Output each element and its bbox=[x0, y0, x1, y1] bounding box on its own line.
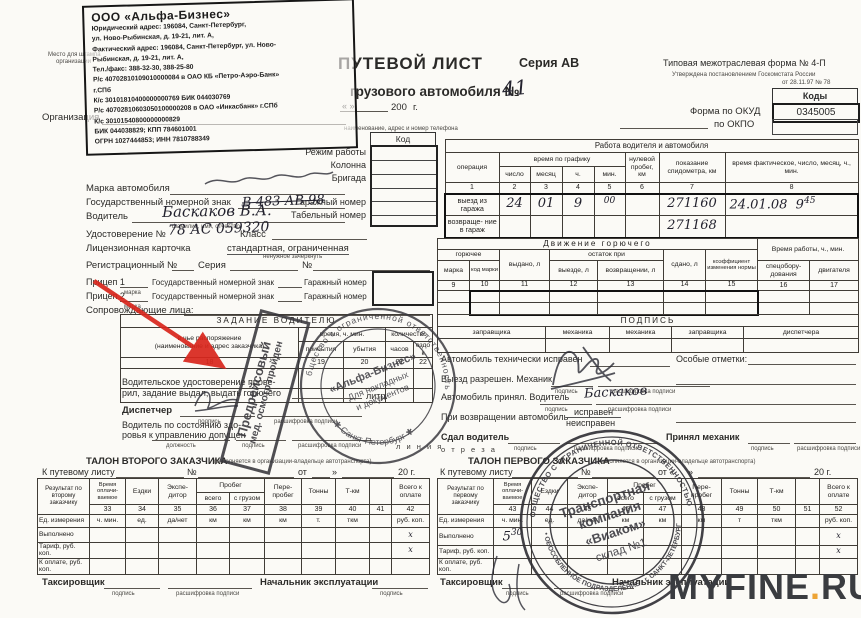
form-approved2: от 28.11.97 № 78 bbox=[782, 79, 830, 86]
col-num: 6 bbox=[625, 183, 659, 194]
okpo-empty-cell bbox=[772, 119, 858, 135]
cell bbox=[126, 558, 159, 574]
health-line1: Водитель по состоянию здо- bbox=[122, 420, 241, 430]
cell bbox=[664, 303, 706, 315]
accepted-signature-name: Баскаков bbox=[584, 383, 648, 401]
talon1-col51 bbox=[796, 479, 820, 505]
talon2-col41 bbox=[370, 479, 392, 505]
work-table: Работа водителя и автомобиля операция вр… bbox=[444, 139, 859, 239]
cell bbox=[265, 528, 302, 543]
unit-cell: км bbox=[197, 515, 230, 528]
cell bbox=[370, 543, 392, 559]
podpis-title: ПОДПИСЬ bbox=[438, 315, 859, 327]
col-num: 49 bbox=[722, 505, 758, 515]
talon2-ot-label: от bbox=[298, 467, 307, 477]
cell bbox=[530, 216, 562, 238]
year-prefix: 200 bbox=[391, 102, 407, 113]
cell bbox=[336, 528, 370, 543]
cell bbox=[744, 339, 859, 353]
cell bbox=[126, 528, 159, 543]
col-num: 51 bbox=[796, 505, 820, 515]
hw-odometer-out: 271160 bbox=[659, 194, 725, 216]
tab-number-label: Табельный номер bbox=[276, 210, 366, 220]
cell bbox=[598, 291, 664, 303]
talon2-row-tariff: Тариф, руб. коп. bbox=[38, 543, 90, 559]
cell bbox=[265, 558, 302, 574]
trailer-garage-box bbox=[372, 271, 434, 306]
col-num: 4 bbox=[562, 183, 594, 194]
unit-cell bbox=[370, 515, 392, 528]
trailer2-plate-label: Государственный номерной знак bbox=[152, 292, 274, 301]
talon1-pay-col: Всего к оплате bbox=[820, 479, 858, 505]
decode-note: расшифровка подписи bbox=[797, 446, 860, 452]
hw-fact-time: 24.01.08 945 bbox=[725, 194, 858, 216]
cell bbox=[159, 558, 197, 574]
x-mark: х bbox=[392, 528, 430, 543]
license-card-label: Лицензионная карточка bbox=[86, 243, 191, 254]
unit-cell: ч. мин. bbox=[90, 515, 126, 528]
podpis-col: механика bbox=[546, 327, 610, 339]
cell bbox=[197, 558, 230, 574]
cell bbox=[672, 339, 744, 353]
col-num: 3 bbox=[530, 183, 562, 194]
fuel-title: Движение горючего bbox=[438, 239, 758, 250]
signatures-table: ПОДПИСЬ заправщика механика механика зап… bbox=[437, 314, 859, 353]
col-num: 36 bbox=[197, 505, 230, 515]
talon2-result-col: Результат по второму заказчику bbox=[38, 479, 90, 515]
task-col-customer-l1: в чье распоряжение bbox=[178, 335, 242, 342]
cell bbox=[706, 303, 758, 315]
cell bbox=[336, 543, 370, 559]
cell bbox=[370, 558, 392, 574]
col-num: 2 bbox=[499, 183, 530, 194]
cell bbox=[758, 545, 796, 558]
cell bbox=[197, 528, 230, 543]
cell bbox=[546, 339, 610, 353]
talon2-time-col: Время оплачи- ваемое bbox=[90, 479, 126, 505]
talon2-pay-col: Всего к оплате bbox=[392, 479, 430, 505]
watermark-part1: MYFINE bbox=[668, 566, 810, 607]
work-title: Работа водителя и автомобиля bbox=[445, 140, 858, 153]
talon2-tkm-col: Т-км bbox=[336, 479, 370, 505]
company-corner-stamp: ООО «Альфа-Бизнес» Юридический адрес: 19… bbox=[82, 0, 358, 156]
svg-text:✱ Санкт-Петербург ✱: ✱ Санкт-Петербург ✱ bbox=[329, 418, 416, 451]
cell bbox=[758, 528, 796, 546]
unit-cell: ед. bbox=[126, 515, 159, 528]
code-box bbox=[370, 145, 438, 227]
cell bbox=[706, 291, 758, 303]
col-num: 8 bbox=[725, 183, 858, 194]
cell bbox=[758, 303, 810, 315]
work-col-sched: время по графику bbox=[499, 153, 625, 167]
sign-note: подпись bbox=[751, 446, 774, 452]
talon2-rides-col: Ездки bbox=[126, 479, 159, 505]
cell bbox=[796, 528, 820, 546]
trailer1-garage-label: Гаражный номер bbox=[304, 278, 367, 287]
col-num: 41 bbox=[370, 505, 392, 515]
special-notes-label: Особые отметки: bbox=[676, 354, 747, 364]
cell bbox=[810, 303, 859, 315]
sign-note: подпись bbox=[112, 591, 135, 597]
talon2-no-label: № bbox=[187, 467, 197, 477]
cell bbox=[302, 528, 336, 543]
work-row-return-label: возвраще- ние в гараж bbox=[445, 216, 499, 238]
ok-word: исправен bbox=[566, 407, 621, 418]
cell bbox=[126, 543, 159, 559]
cell bbox=[500, 291, 550, 303]
cell bbox=[230, 543, 265, 559]
cell bbox=[598, 303, 664, 315]
talon1-to-list-label: К путевому листу bbox=[440, 467, 513, 477]
talon1-units-label: Ед. измерения bbox=[438, 515, 494, 528]
fuel-col-rest: остаток при bbox=[550, 250, 664, 261]
cell bbox=[265, 543, 302, 559]
cell bbox=[90, 543, 126, 559]
hw-day: 24 bbox=[499, 194, 530, 216]
talon2-taximeter-label: Таксировщик bbox=[42, 577, 105, 588]
site-watermark: MYFINE.RU bbox=[668, 566, 861, 608]
col-num: 16 bbox=[758, 281, 810, 291]
podpis-col: диспетчера bbox=[744, 327, 859, 339]
cell bbox=[90, 558, 126, 574]
cell bbox=[230, 558, 265, 574]
waybill-number-handwritten: 41 bbox=[501, 75, 529, 102]
task-col-customer-l2: (наименование и адрес заказчика) bbox=[155, 343, 265, 350]
talon1-taximeter-label: Таксировщик bbox=[440, 577, 503, 588]
cell bbox=[725, 216, 858, 238]
x-mark: х bbox=[392, 543, 430, 559]
col-num: 11 bbox=[500, 281, 550, 291]
trailer1-plate-label: Государственный номерной знак bbox=[152, 278, 274, 287]
talon2-chief-label: Начальник эксплуатации bbox=[260, 577, 378, 588]
column-label: Колонна bbox=[286, 160, 366, 170]
talon2-run-total: всего bbox=[197, 493, 230, 505]
okud-label: Форма по ОКУД bbox=[690, 106, 760, 117]
driver-label: Водитель bbox=[86, 211, 128, 222]
talon2-row-done: Выполнено bbox=[38, 528, 90, 543]
waybill-scan-page: ООО «Альфа-Бизнес» Юридический адрес: 19… bbox=[0, 0, 861, 618]
col-num: 13 bbox=[598, 281, 664, 291]
position-note: должность bbox=[166, 443, 196, 449]
cell bbox=[470, 291, 500, 303]
year-suffix: г. bbox=[413, 102, 418, 113]
cell bbox=[550, 291, 598, 303]
unit-cell: т bbox=[722, 515, 758, 528]
brigade-label: Бригада bbox=[286, 173, 366, 183]
cell bbox=[550, 303, 598, 315]
work-col-day: число bbox=[499, 167, 530, 183]
unit-cell: ткм bbox=[336, 515, 370, 528]
work-row-depart-label: выезд из гаража bbox=[445, 194, 499, 216]
cell bbox=[302, 543, 336, 559]
talon1-row-topay: К оплате, руб. коп. bbox=[438, 558, 494, 574]
cell bbox=[230, 528, 265, 543]
fuel-col-issued: выдано, л bbox=[500, 250, 550, 281]
cell bbox=[810, 291, 859, 303]
fuel-col-fuel: горючее bbox=[438, 250, 500, 261]
talon1-result-col: Результат по первому заказчику bbox=[438, 479, 494, 515]
work-col-odometer: показание спидометра, км bbox=[659, 153, 725, 183]
col-num: 9 bbox=[438, 281, 470, 291]
form-type: Типовая межотраслевая форма № 4-П bbox=[663, 58, 826, 68]
dispatcher-label: Диспетчер bbox=[122, 405, 172, 416]
col-num: 37 bbox=[230, 505, 265, 515]
talon2-units-label: Ед. измерения bbox=[38, 515, 90, 528]
fuel-col-coef: коэффициент изменения нормы bbox=[706, 250, 758, 281]
okpo-label: по ОКПО bbox=[714, 119, 754, 130]
unit-cell: да/нет bbox=[159, 515, 197, 528]
col-num: 35 bbox=[159, 505, 197, 515]
hw-fact-hour: 9 bbox=[796, 198, 804, 213]
col-num: 33 bbox=[90, 505, 126, 515]
license-label: Удостоверение № bbox=[86, 229, 166, 240]
fuel-col-equip: спецобору- дования bbox=[758, 261, 810, 281]
talon2-title: ТАЛОН ВТОРОГО ЗАКАЗЧИКА bbox=[86, 456, 227, 467]
trailer1-brand-note: марка bbox=[124, 290, 141, 296]
hw-fact-date: 24.01.08 bbox=[730, 198, 788, 213]
talon2-exp-col: Экспе- дитор bbox=[159, 479, 197, 505]
fuel-col-out: выезде, л bbox=[550, 261, 598, 281]
x-mark: х bbox=[820, 528, 858, 546]
work-col-min: мин. bbox=[594, 167, 625, 183]
vehicle-accepted-label: Автомобиль принял. Водитель bbox=[441, 392, 569, 402]
cell bbox=[625, 194, 659, 216]
col-num: 38 bbox=[265, 505, 302, 515]
fuel-col-brand-code: код марки bbox=[470, 261, 500, 281]
cell bbox=[562, 216, 594, 238]
cell bbox=[470, 303, 500, 315]
cell bbox=[370, 528, 392, 543]
trailer2-label: Прицеп 2 bbox=[86, 291, 125, 301]
hw-minute: 00 bbox=[594, 194, 625, 216]
class-label: Класс bbox=[240, 229, 266, 240]
col-num: 7 bbox=[659, 183, 725, 194]
driver-name-handwritten: Баскаков В.А. bbox=[162, 201, 272, 221]
watermark-part2: RU bbox=[821, 566, 861, 607]
col-num: 15 bbox=[706, 281, 758, 291]
doc-subtitle: грузового автомобиля № bbox=[350, 84, 520, 99]
col-num: 34 bbox=[126, 505, 159, 515]
work-col-month: месяц bbox=[530, 167, 562, 183]
on-return-label: При возвращении автомобиль bbox=[441, 412, 568, 422]
hw-done: 5 bbox=[503, 529, 511, 544]
talon2-tons-col: Тонны bbox=[302, 479, 336, 505]
cell bbox=[499, 216, 530, 238]
round-stamp-alfa-biznes: Общество с ограниченной ответственностью… bbox=[289, 297, 467, 475]
hw-minute-sup: 00 bbox=[604, 196, 616, 206]
cell bbox=[159, 543, 197, 559]
unit-cell: руб. коп. bbox=[820, 515, 858, 528]
col-num: 10 bbox=[470, 281, 500, 291]
unit-cell: км bbox=[265, 515, 302, 528]
talon2-run-col: Пробег bbox=[197, 479, 265, 493]
unit-cell: км bbox=[230, 515, 265, 528]
cell bbox=[610, 339, 672, 353]
talon1-tons-col: Тонны bbox=[722, 479, 758, 505]
talon2-quote: » bbox=[332, 467, 337, 477]
cell bbox=[336, 558, 370, 574]
fuel-col-worktime: Время работы, ч., мин. bbox=[758, 239, 859, 261]
col-num: 50 bbox=[758, 505, 796, 515]
form-approved1: Утверждена постановлением Госкомстата Ро… bbox=[672, 71, 816, 78]
cell bbox=[722, 545, 758, 558]
cell bbox=[197, 543, 230, 559]
cell bbox=[159, 528, 197, 543]
cell bbox=[438, 291, 470, 303]
cell bbox=[722, 528, 758, 546]
talon2-over-col: Пере- пробег bbox=[265, 479, 302, 505]
doc-title: ПУТЕВОЙ ЛИСТ bbox=[338, 54, 483, 74]
unit-cell: т. bbox=[302, 515, 336, 528]
col-num: 1 bbox=[445, 183, 499, 194]
col-num: 17 bbox=[810, 281, 859, 291]
fuel-table: Движение горючего Время работы, ч., мин.… bbox=[437, 238, 859, 316]
cell bbox=[302, 558, 336, 574]
col-num: 14 bbox=[664, 281, 706, 291]
cell bbox=[758, 291, 810, 303]
cell bbox=[90, 528, 126, 543]
col-num: 40 bbox=[336, 505, 370, 515]
round1-outer-bottom-text: ✱ Санкт-Петербург ✱ bbox=[329, 418, 416, 451]
podpis-col: механика bbox=[610, 327, 672, 339]
cell bbox=[664, 291, 706, 303]
col-num: 5 bbox=[594, 183, 625, 194]
hw-month: 01 bbox=[530, 194, 562, 216]
work-col-hour: ч. bbox=[562, 167, 594, 183]
fuel-col-return: возвращении, л bbox=[598, 261, 664, 281]
cell bbox=[796, 545, 820, 558]
fuel-col-given: сдано, л bbox=[664, 250, 706, 281]
registration-label: Регистрационный № bbox=[86, 260, 177, 271]
unit-cell: руб. коп. bbox=[392, 515, 430, 528]
work-col-fact-time: время фактическое, число, месяц, ч., мин… bbox=[725, 153, 858, 183]
talon1-row-done: Выполнено bbox=[438, 528, 494, 546]
talon1-year: 20 г. bbox=[814, 467, 831, 477]
vehicle-brand-label: Марка автомобиля bbox=[86, 183, 170, 194]
series-field-label: Серия bbox=[198, 260, 226, 271]
unit-cell: ткм bbox=[758, 515, 796, 528]
talon2-run-loaded: с грузом bbox=[230, 493, 265, 505]
talon1-row-tariff: Тариф, руб. коп. bbox=[438, 545, 494, 558]
decode-note: расшифровка подписи bbox=[176, 591, 239, 597]
cell bbox=[594, 216, 625, 238]
series-label: Серия АВ bbox=[519, 56, 579, 70]
col-num: 12 bbox=[550, 281, 598, 291]
hw-hour: 9 bbox=[562, 194, 594, 216]
talon2-to-list-label: К путевому листу bbox=[42, 467, 115, 477]
work-col-operation: операция bbox=[445, 153, 499, 183]
hw-odometer-in: 271168 bbox=[659, 216, 725, 238]
sign-note: подпись bbox=[380, 591, 403, 597]
unit-cell bbox=[796, 515, 820, 528]
col-num: 52 bbox=[820, 505, 858, 515]
cell bbox=[392, 558, 430, 574]
hw-fact-min: 45 bbox=[804, 196, 816, 206]
number-field-label: № bbox=[302, 260, 312, 271]
fuel-col-brand: марка bbox=[438, 261, 470, 281]
cell bbox=[625, 216, 659, 238]
work-col-zero-run: нулевой пробег, км bbox=[625, 153, 659, 183]
fuel-col-engine: двигателя bbox=[810, 261, 859, 281]
col-num: 42 bbox=[392, 505, 430, 515]
cell bbox=[500, 303, 550, 315]
podpis-col: заправщика bbox=[672, 327, 744, 339]
col-num: 39 bbox=[302, 505, 336, 515]
talon2-table: Результат по второму заказчику Время опл… bbox=[37, 478, 430, 575]
card-note: ненужное зачеркнуть bbox=[263, 254, 322, 260]
talon2-row-topay: К оплате, руб. коп. bbox=[38, 558, 90, 574]
x-mark: х bbox=[820, 545, 858, 558]
watermark-dot: . bbox=[810, 566, 821, 607]
talon1-tkm-col: Т-км bbox=[758, 479, 796, 505]
trailer1-label: Прицеп 1 bbox=[86, 277, 125, 287]
